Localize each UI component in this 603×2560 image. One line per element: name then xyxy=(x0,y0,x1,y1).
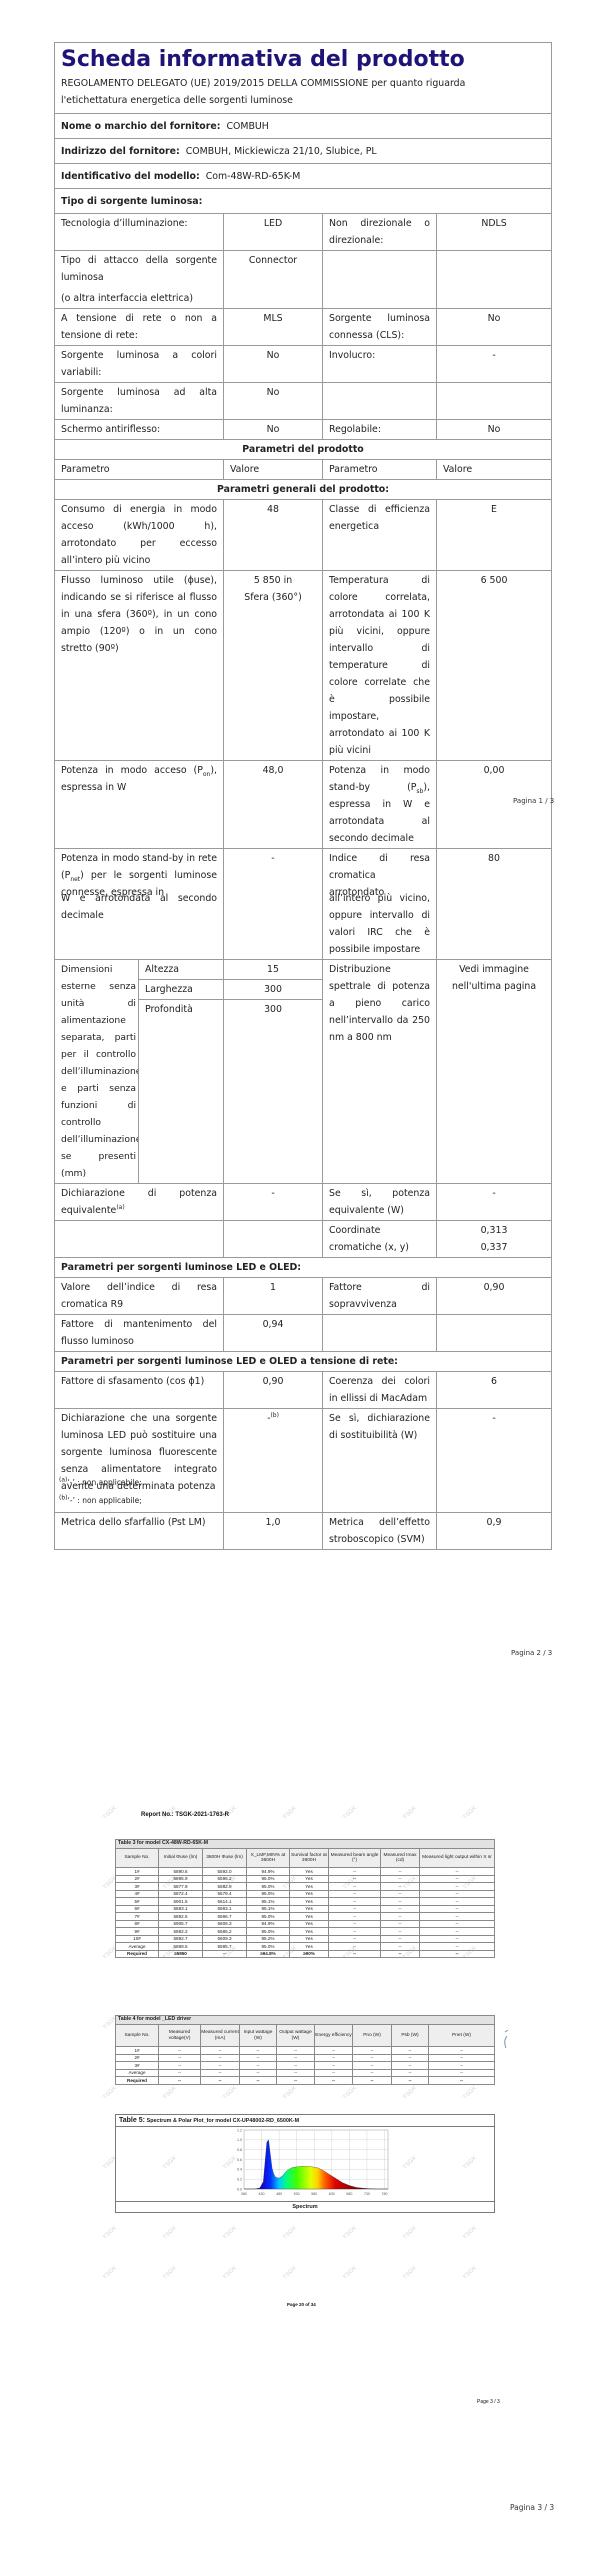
watermark-text: TSGK xyxy=(282,2265,298,2281)
cls-label: Sorgente luminosa connessa (CLS): xyxy=(323,309,437,346)
table-cell: Yes xyxy=(290,1898,329,1906)
param-row: Fattore di sfasamento (cos ϕ1) 0,90 Coer… xyxy=(55,1372,552,1409)
power-factor-value: 0,90 xyxy=(224,1372,323,1409)
led-params-heading: Parametri per sorgenti luminose LED e OL… xyxy=(55,1258,552,1278)
high-luminance-label: Sorgente luminosa ad alta luminanza: xyxy=(55,383,224,420)
table-cell: -- xyxy=(240,2062,277,2070)
type-row: Tecnologia d’illuminazione: LED Non dire… xyxy=(55,214,552,251)
table-cell: -- xyxy=(159,2077,201,2085)
table-cell: 7# xyxy=(116,1913,159,1921)
table-cell: -- xyxy=(420,1928,495,1936)
svg-text:0.6: 0.6 xyxy=(237,2158,242,2162)
column-header: Measured voltage(V) xyxy=(159,2025,201,2047)
table-cell: -- xyxy=(381,1928,420,1936)
watermark-text: TSGK xyxy=(342,2265,358,2281)
column-header: X_LMF,MIN% at 3600H xyxy=(247,1849,290,1868)
table-row: 3#5877.95582.995.0%Yes------ xyxy=(116,1883,495,1891)
empty-cell xyxy=(437,889,552,960)
source-type-label: Tipo di sorgente luminosa: xyxy=(55,189,552,214)
svg-text:480: 480 xyxy=(276,2192,282,2196)
svg-text:0.8: 0.8 xyxy=(237,2148,242,2152)
lumen-maintenance-value: 0,94 xyxy=(224,1315,323,1352)
table-cell: -- xyxy=(429,2077,495,2085)
page-number-2: Pagina 2 / 3 xyxy=(511,1649,552,1657)
table-cell: 95.1% xyxy=(247,1898,290,1906)
table-cell: 5606.3 xyxy=(203,1920,247,1928)
table-cell: Yes xyxy=(290,1913,329,1921)
table-cell: 5598.2 xyxy=(203,1875,247,1883)
table-cell: -- xyxy=(315,2077,353,2085)
empty-cell xyxy=(55,1221,224,1258)
watermark-text: TSGK xyxy=(282,2225,298,2241)
watermark-text: TSGK xyxy=(162,2085,178,2101)
supplier-name-row: Nome o marchio del fornitore: COMBUH xyxy=(55,114,552,139)
table-cell: -- xyxy=(329,1868,381,1876)
table-row: Average---------------- xyxy=(116,2069,495,2077)
equivalent-power-label: Se sì, potenza equivalente (W) xyxy=(323,1184,437,1221)
table-cell: -- xyxy=(329,1935,381,1943)
table-cell: -- xyxy=(353,2047,392,2055)
table-cell: 10# xyxy=(116,1935,159,1943)
table-cell: Average xyxy=(116,1943,159,1951)
column-header: Initial Φuse (lm) xyxy=(159,1849,203,1868)
table-cell: Yes xyxy=(290,1868,329,1876)
table-cell: ≥94.8% xyxy=(247,1950,290,1958)
table-cell: 95.0% xyxy=(247,1875,290,1883)
table-cell: -- xyxy=(353,2054,392,2062)
model-label: Identificativo del modello: xyxy=(61,171,200,182)
table-cell: ≥90% xyxy=(290,1950,329,1958)
table-cell: -- xyxy=(277,2077,315,2085)
table-cell: -- xyxy=(420,1905,495,1913)
table-cell: 5883.1 xyxy=(159,1905,203,1913)
table-cell: -- xyxy=(240,2054,277,2062)
watermark-text: TSGK xyxy=(342,1805,358,1821)
table-4-title: Table 4 for model _LED driver xyxy=(116,2016,495,2025)
table-row: Average5889.55595.795.0%Yes------ xyxy=(116,1943,495,1951)
supplier-address-label: Indirizzo del fornitore: xyxy=(61,146,180,157)
model-row: Identificativo del modello: Com-48W-RD-6… xyxy=(55,164,552,189)
table-cell: -- xyxy=(329,1883,381,1891)
table-cell: 6# xyxy=(116,1905,159,1913)
table-cell: -- xyxy=(159,2054,201,2062)
watermark-text: TSGK xyxy=(462,2265,478,2281)
table-cell: -- xyxy=(159,2062,201,2070)
r9-value: 1 xyxy=(224,1278,323,1315)
table-cell: -- xyxy=(201,2062,240,2070)
macadam-label: Coerenza dei colori in ellissi di MacAda… xyxy=(323,1372,437,1409)
table-cell: -- xyxy=(159,2069,201,2077)
table-cell: 2# xyxy=(116,2054,159,2062)
table-cell: -- xyxy=(277,2054,315,2062)
table-cell: 5905.7 xyxy=(159,1920,203,1928)
r9-label: Valore dell’indice di resa cromatica R9 xyxy=(55,1278,224,1315)
empty-cell xyxy=(224,1221,323,1258)
table-3-title: Table 3 for model CX-48W-RD-65K-M xyxy=(116,1840,495,1849)
table-cell: -- xyxy=(353,2077,392,2085)
table-cell: -- xyxy=(277,2047,315,2055)
svg-text:630: 630 xyxy=(329,2192,335,2196)
table-cell: 5901.5 xyxy=(159,1898,203,1906)
type-row: Tipo di attacco della sorgente luminosa(… xyxy=(55,251,552,309)
svg-text:1.2: 1.2 xyxy=(237,2128,242,2132)
empty-cell xyxy=(224,889,323,960)
general-params-heading-row: Parametri generali del prodotto: xyxy=(55,480,552,500)
table-cell: -- xyxy=(420,1935,495,1943)
col-header-value: Valore xyxy=(437,460,552,480)
footnote-a: (a)‘-’ : non applicabile; xyxy=(59,1474,142,1492)
empty-cell xyxy=(323,1315,437,1352)
table-row: 10#5892.75609.395.2%Yes------ xyxy=(116,1935,495,1943)
table-cell: Yes xyxy=(290,1890,329,1898)
table-cell: -- xyxy=(353,2062,392,2070)
column-header: Sample No. xyxy=(116,2025,159,2047)
table-row: 9#5882.25585.295.0%Yes------ xyxy=(116,1928,495,1936)
table-cell: -- xyxy=(420,1890,495,1898)
table-cell: 3# xyxy=(116,1883,159,1891)
table-cell: 5609.3 xyxy=(203,1935,247,1943)
column-header-row: Parametro Valore Parametro Valore xyxy=(55,460,552,480)
macadam-value: 6 xyxy=(437,1372,552,1409)
table-cell: -- xyxy=(392,2054,429,2062)
table-cell: 5582.9 xyxy=(203,1883,247,1891)
table-cell: 5585.2 xyxy=(203,1928,247,1936)
table-cell: -- xyxy=(240,2047,277,2055)
type-row: A tensione di rete o non a tensione di r… xyxy=(55,309,552,346)
watermark-text: TSGK xyxy=(342,2085,358,2101)
table-cell: 5# xyxy=(116,1898,159,1906)
tech-label: Tecnologia d’illuminazione: xyxy=(55,214,224,251)
type-row: Sorgente luminosa ad alta luminanza: No xyxy=(55,383,552,420)
footnotes: (a)‘-’ : non applicabile; (b)‘-’ : non a… xyxy=(59,1474,142,1510)
param-row: Dichiarazione di potenza equivalente(a) … xyxy=(55,1184,552,1221)
table-cell: -- xyxy=(420,1950,495,1958)
table-cell: -- xyxy=(381,1883,420,1891)
table-cell: -- xyxy=(381,1913,420,1921)
col-header-value: Valore xyxy=(224,460,323,480)
table-cell: 5890.6 xyxy=(159,1868,203,1876)
table-cell: Yes xyxy=(290,1920,329,1928)
envelope-label: Involucro: xyxy=(323,346,437,383)
col-header-param: Parametro xyxy=(323,460,437,480)
svm-label: Metrica dell’effetto stroboscopico (SVM) xyxy=(323,1513,437,1550)
dimmable-label: Regolabile: xyxy=(323,420,437,440)
column-header: Psb (W) xyxy=(392,2025,429,2047)
directional-label: Non direzionale o direzionale: xyxy=(323,214,437,251)
table-cell: 5596.7 xyxy=(203,1913,247,1921)
replacement-wattage-value: - xyxy=(437,1409,552,1513)
mains-label: A tensione di rete o non a tensione di r… xyxy=(55,309,224,346)
table-cell: Yes xyxy=(290,1875,329,1883)
table-cell: -- xyxy=(420,1883,495,1891)
mains-heading-row: Parametri per sorgenti luminose LED e OL… xyxy=(55,1352,552,1372)
table-cell: -- xyxy=(381,1920,420,1928)
table-cell: -- xyxy=(381,1905,420,1913)
table-cell: 5892.7 xyxy=(159,1935,203,1943)
luminous-flux-value: 5 850 in xyxy=(230,572,316,589)
height-label: Altezza xyxy=(139,960,224,980)
column-header: Measured Imax (cd) xyxy=(381,1849,420,1868)
table-cell: 1# xyxy=(116,2047,159,2055)
table-cell: -- xyxy=(381,1868,420,1876)
svg-text:430: 430 xyxy=(259,2192,265,2196)
dimensions-label: Dimensioni esterne senza unità di alimen… xyxy=(55,960,139,1184)
table-cell: Yes xyxy=(290,1943,329,1951)
watermark-text: TSGK xyxy=(402,1805,418,1821)
table-cell: -- xyxy=(381,1950,420,1958)
table-cell: -- xyxy=(315,2062,353,2070)
table-cell: -- xyxy=(392,2062,429,2070)
energy-consumption-value: 48 xyxy=(224,500,323,571)
spd-value: Vedi immagine nell'ultima pagina xyxy=(437,960,552,1184)
table-cell: -- xyxy=(353,2069,392,2077)
table-row: 2#---------------- xyxy=(116,2054,495,2062)
watermark-text: TSGK xyxy=(102,2225,118,2241)
table-cell: -- xyxy=(240,2069,277,2077)
table-row: 6#5883.15593.195.1%Yes------ xyxy=(116,1905,495,1913)
anti-glare-value: No xyxy=(224,420,323,440)
table-cell: -- xyxy=(277,2069,315,2077)
watermark-text: TSGK xyxy=(222,2225,238,2241)
table-cell: Yes xyxy=(290,1883,329,1891)
watermark-text: TSGK xyxy=(162,2265,178,2281)
table-cell: 5579.4 xyxy=(203,1890,247,1898)
lumen-maintenance-label: Fattore di mantenimento del flusso lumin… xyxy=(55,1315,224,1352)
table-row: 3#---------------- xyxy=(116,2062,495,2070)
table-cell: -- xyxy=(429,2069,495,2077)
table-cell: 5877.9 xyxy=(159,1883,203,1891)
cap-type-value: Connector xyxy=(224,251,323,309)
svg-text:0.0: 0.0 xyxy=(237,2187,242,2191)
table-row: 4#5872.45579.495.0%Yes------ xyxy=(116,1890,495,1898)
column-header: Energy efficiency xyxy=(315,2025,353,2047)
table-cell: -- xyxy=(201,2054,240,2062)
watermark-text: TSGK xyxy=(102,2085,118,2101)
table-cell: 95.1% xyxy=(247,1905,290,1913)
equivalent-power-claim-value: - xyxy=(224,1184,323,1221)
table-cell: 95.0% xyxy=(247,1928,290,1936)
table-cell: 5614.1 xyxy=(203,1898,247,1906)
depth-value: 300 xyxy=(224,1000,323,1184)
column-header: Measured light output within π sr xyxy=(420,1849,495,1868)
table-cell: -- xyxy=(420,1875,495,1883)
column-header: Measured beam angle (°) xyxy=(329,1849,381,1868)
svg-text:530: 530 xyxy=(294,2192,300,2196)
table-cell: 5895.9 xyxy=(159,1875,203,1883)
table-cell: 95.0% xyxy=(247,1943,290,1951)
svg-text:680: 680 xyxy=(346,2192,352,2196)
dimmable-value: No xyxy=(437,420,552,440)
svg-text:730: 730 xyxy=(364,2192,370,2196)
table-cell: -- xyxy=(315,2054,353,2062)
table-cell: -- xyxy=(429,2062,495,2070)
param-row: Potenza in modo acceso (Pon), espressa i… xyxy=(55,761,552,849)
mains-value: MLS xyxy=(224,309,323,346)
product-info-table-page2: W e arrotondata al secondo decimale all’… xyxy=(54,889,552,1550)
table-cell: 95.0% xyxy=(247,1913,290,1921)
spectrum-caption: Spectrum xyxy=(115,2201,495,2213)
table-cell: 5892.5 xyxy=(159,1913,203,1921)
table-cell: -- xyxy=(329,1920,381,1928)
table-cell: -- xyxy=(381,1898,420,1906)
table-cell: 5592.0 xyxy=(203,1868,247,1876)
width-value: 300 xyxy=(224,980,323,1000)
param-row: Valore dell’indice di resa cromatica R9 … xyxy=(55,1278,552,1315)
table-cell: -- xyxy=(203,1950,247,1958)
chromaticity-y: 0,337 xyxy=(443,1239,545,1256)
table-cell: -- xyxy=(392,2077,429,2085)
table-cell: -- xyxy=(329,1875,381,1883)
table-cell: Required xyxy=(116,2077,159,2085)
survival-factor-value: 0,90 xyxy=(437,1278,552,1315)
watermark-text: TSGK xyxy=(462,2225,478,2241)
chromaticity-label: Coordinate cromatiche (x, y) xyxy=(323,1221,437,1258)
table-cell: -- xyxy=(277,2062,315,2070)
table-cell: Yes xyxy=(290,1935,329,1943)
led-heading-row: Parametri per sorgenti luminose LED e OL… xyxy=(55,1258,552,1278)
empty-cell xyxy=(323,251,437,309)
height-value: 15 xyxy=(224,960,323,980)
table-cell: -- xyxy=(329,1943,381,1951)
table-cell: -- xyxy=(420,1898,495,1906)
spectrum-chart: 3804304805305806306807307800.00.20.40.60… xyxy=(115,2126,495,2202)
luminous-flux-label: Flusso luminoso utile (ϕuse), indicando … xyxy=(55,571,224,761)
table-cell: 5882.2 xyxy=(159,1928,203,1936)
watermark-text: TSGK xyxy=(462,2085,478,2101)
svg-text:0.4: 0.4 xyxy=(237,2168,242,2172)
replacement-claim-value: -(b) xyxy=(224,1409,323,1513)
column-header: Measured current (mA) xyxy=(201,2025,240,2047)
page-number-1: Pagina 1 / 3 xyxy=(513,797,554,805)
survival-factor-label: Fattore di sopravvivenza xyxy=(323,1278,437,1315)
cap-type-note: (o altra interfaccia elettrica) xyxy=(61,290,217,307)
table-cell: -- xyxy=(429,2054,495,2062)
empty-cell xyxy=(437,251,552,309)
table-cell: -- xyxy=(159,2047,201,2055)
luminous-flux-sphere: Sfera (360°) xyxy=(230,589,316,606)
regulation-line-1: REGOLAMENTO DELEGATO (UE) 2019/2015 DELL… xyxy=(61,75,545,92)
standby-power-label: Potenza in modo stand-by (Psb), espressa… xyxy=(323,761,437,849)
dimensions-row: Dimensioni esterne senza unità di alimen… xyxy=(55,960,552,980)
report-number: Report No.: TSGK-2021-1763-R xyxy=(141,1812,229,1818)
table-cell: -- xyxy=(329,1905,381,1913)
col-header-param: Parametro xyxy=(55,460,224,480)
depth-label: Profondità xyxy=(139,1000,224,1184)
type-row: Schermo antiriflesso: No Regolabile: No xyxy=(55,420,552,440)
svm-value: 0,9 xyxy=(437,1513,552,1550)
table-cell: 2# xyxy=(116,1875,159,1883)
watermark-text: TSGK xyxy=(162,2225,178,2241)
table-cell: -- xyxy=(329,1898,381,1906)
efficiency-class-value: E xyxy=(437,500,552,571)
table-cell: -- xyxy=(381,1935,420,1943)
page-number-3: Pagina 3 / 3 xyxy=(510,2503,554,2512)
cri-label-cont: all’intero più vicino, oppure intervallo… xyxy=(323,889,437,960)
cls-value: No xyxy=(437,309,552,346)
product-params-heading-row: Parametri del prodotto xyxy=(55,440,552,460)
column-header: Pnet (W) xyxy=(429,2025,495,2047)
watermark-text: TSGK xyxy=(102,1805,118,1821)
table-4-header: Sample No.Measured voltage(V)Measured cu… xyxy=(116,2025,495,2047)
watermark-text: TSGK xyxy=(222,2265,238,2281)
param-row: Fattore di mantenimento del flusso lumin… xyxy=(55,1315,552,1352)
table-cell: -- xyxy=(381,1943,420,1951)
product-info-table-page1: Scheda informativa del prodotto REGOLAME… xyxy=(54,42,552,902)
table-cell: -- xyxy=(329,1890,381,1898)
table-cell: -- xyxy=(429,2047,495,2055)
table-cell: 5595.7 xyxy=(203,1943,247,1951)
supplier-name-label: Nome o marchio del fornitore: xyxy=(61,121,220,132)
column-header: Survival factor at 3600H xyxy=(290,1849,329,1868)
on-mode-power-value: 48,0 xyxy=(224,761,323,849)
table-row: 1#5890.65592.094.9%Yes------ xyxy=(116,1868,495,1876)
table-cell: 5593.1 xyxy=(203,1905,247,1913)
model-value: Com-48W-RD-65K-M xyxy=(206,171,301,182)
svg-text:580: 580 xyxy=(311,2192,317,2196)
general-params-heading: Parametri generali del prodotto: xyxy=(55,480,552,500)
table-cell: -- xyxy=(381,1890,420,1898)
watermark-text: TSGK xyxy=(282,1805,298,1821)
table-row: Required≥5850--≥94.8%≥90%------ xyxy=(116,1950,495,1958)
supplier-address-row: Indirizzo del fornitore: COMBUH, Mickiew… xyxy=(55,139,552,164)
chromaticity-value: 0,3130,337 xyxy=(437,1221,552,1258)
column-header: Pno (W) xyxy=(353,2025,392,2047)
envelope-value: - xyxy=(437,346,552,383)
table-3-header: Sample No.Initial Φuse (lm)3600H Φuse (l… xyxy=(116,1849,495,1868)
efficiency-class-label: Classe di efficienza energetica xyxy=(323,500,437,571)
color-tunable-label: Sorgente luminosa a colori variabili: xyxy=(55,346,224,383)
table-row: 1#---------------- xyxy=(116,2047,495,2055)
anti-glare-label: Schermo antiriflesso: xyxy=(55,420,224,440)
cct-value: 6 500 xyxy=(437,571,552,761)
column-header: Output wattage (W) xyxy=(277,2025,315,2047)
watermark-text: TSGK xyxy=(402,2265,418,2281)
table-row: 2#5895.95598.295.0%Yes------ xyxy=(116,1875,495,1883)
table-cell: 4# xyxy=(116,1890,159,1898)
table-cell: -- xyxy=(381,1875,420,1883)
param-row: Metrica dello sfarfallio (Pst LM) 1,0 Me… xyxy=(55,1513,552,1550)
equivalent-power-claim-label: Dichiarazione di potenza equivalente(a) xyxy=(55,1184,224,1221)
table-cell: -- xyxy=(329,1913,381,1921)
empty-cell xyxy=(437,1315,552,1352)
table-cell: -- xyxy=(201,2047,240,2055)
table-cell: Yes xyxy=(290,1905,329,1913)
table-cell: ≥5850 xyxy=(159,1950,203,1958)
supplier-name-value: COMBUH xyxy=(226,121,268,132)
power-factor-label: Fattore di sfasamento (cos ϕ1) xyxy=(55,1372,224,1409)
column-header: Sample No. xyxy=(116,1849,159,1868)
color-tunable-value: No xyxy=(224,346,323,383)
param-row-continued: W e arrotondata al secondo decimale all’… xyxy=(55,889,552,960)
page-title: Scheda informativa del prodotto xyxy=(61,45,545,75)
flicker-value: 1,0 xyxy=(224,1513,323,1550)
replacement-wattage-label: Se sì, dichiarazione di sostituibilità (… xyxy=(323,1409,437,1513)
energy-consumption-label: Consumo di energia in modo acceso (kWh/1… xyxy=(55,500,224,571)
table-cell: 1# xyxy=(116,1868,159,1876)
source-type-row: Tipo di sorgente luminosa: xyxy=(55,189,552,214)
flicker-label: Metrica dello sfarfallio (Pst LM) xyxy=(55,1513,224,1550)
svg-text:0.2: 0.2 xyxy=(237,2177,242,2181)
cct-label: Temperatura di colore correlata, arroton… xyxy=(323,571,437,761)
param-row: Consumo di energia in modo acceso (kWh/1… xyxy=(55,500,552,571)
table-cell: -- xyxy=(392,2047,429,2055)
table-cell: -- xyxy=(420,1868,495,1876)
table-cell: -- xyxy=(329,1950,381,1958)
table-cell: -- xyxy=(420,1913,495,1921)
table-cell: 94.9% xyxy=(247,1868,290,1876)
table-cell: 95.0% xyxy=(247,1890,290,1898)
table-cell: 3# xyxy=(116,2062,159,2070)
